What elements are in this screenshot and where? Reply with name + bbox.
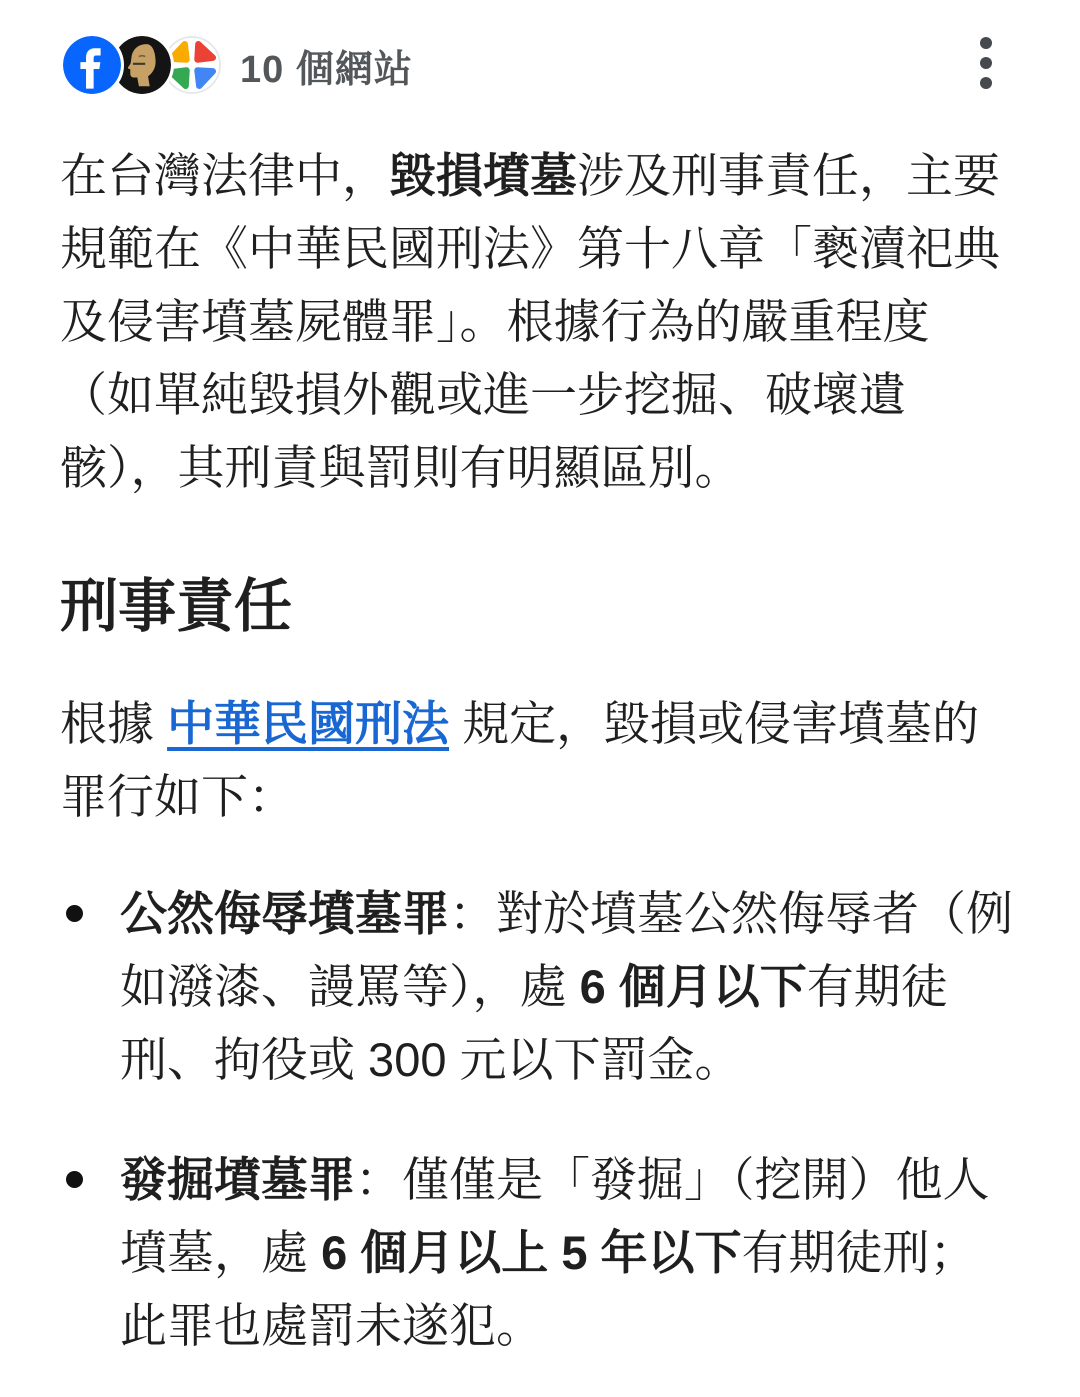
intro-text: 在台灣法律中，	[60, 149, 389, 202]
section-lead-paragraph: 根據 中華民國刑法 規定，毀損或侵害墳墓的罪行如下：	[60, 687, 1020, 833]
list-item-public-insult-crime: 公然侮辱墳墓罪：對於墳墓公然侮辱者（例如潑漆、謾罵等），處 6 個月以下有期徒刑…	[60, 877, 1020, 1096]
penalty-bold: 6 個月以上 5 年以下	[321, 1226, 741, 1279]
section-heading: 刑事責任	[60, 571, 1020, 643]
criminal-code-link[interactable]: 中華民國刑法	[167, 697, 449, 750]
crime-term: 公然侮辱墳墓罪	[120, 887, 449, 940]
list-item-excavation-crime: 發掘墳墓罪：僅僅是「發掘」（挖開）他人墳墓，處 6 個月以上 5 年以下有期徒刑…	[60, 1143, 1020, 1362]
kebab-dot	[980, 37, 992, 49]
kebab-dot	[980, 57, 992, 69]
ai-response-page: 10 個網站 在台灣法律中，毀損墳墓涉及刑事責任，主要規範在《中華民國刑法》第十…	[0, 33, 1080, 1362]
kebab-dot	[980, 77, 992, 89]
crime-list: 公然侮辱墳墓罪：對於墳墓公然侮辱者（例如潑漆、謾罵等），處 6 個月以下有期徒刑…	[60, 877, 1020, 1362]
facebook-icon	[60, 33, 124, 97]
crime-term: 發掘墳墓罪	[120, 1153, 355, 1206]
intro-paragraph: 在台灣法律中，毀損墳墓涉及刑事責任，主要規範在《中華民國刑法》第十八章「褻瀆祀典…	[60, 139, 1020, 504]
penalty-bold: 6 個月以下	[580, 960, 807, 1013]
source-favicons-chip[interactable]	[60, 33, 224, 97]
sources-count-label[interactable]: 10 個網站	[240, 38, 413, 93]
intro-bold-term: 毀損墳墓	[389, 149, 577, 202]
lead-text: 根據	[60, 697, 167, 750]
sources-header: 10 個網站	[60, 33, 1020, 97]
more-options-button[interactable]	[974, 27, 998, 99]
